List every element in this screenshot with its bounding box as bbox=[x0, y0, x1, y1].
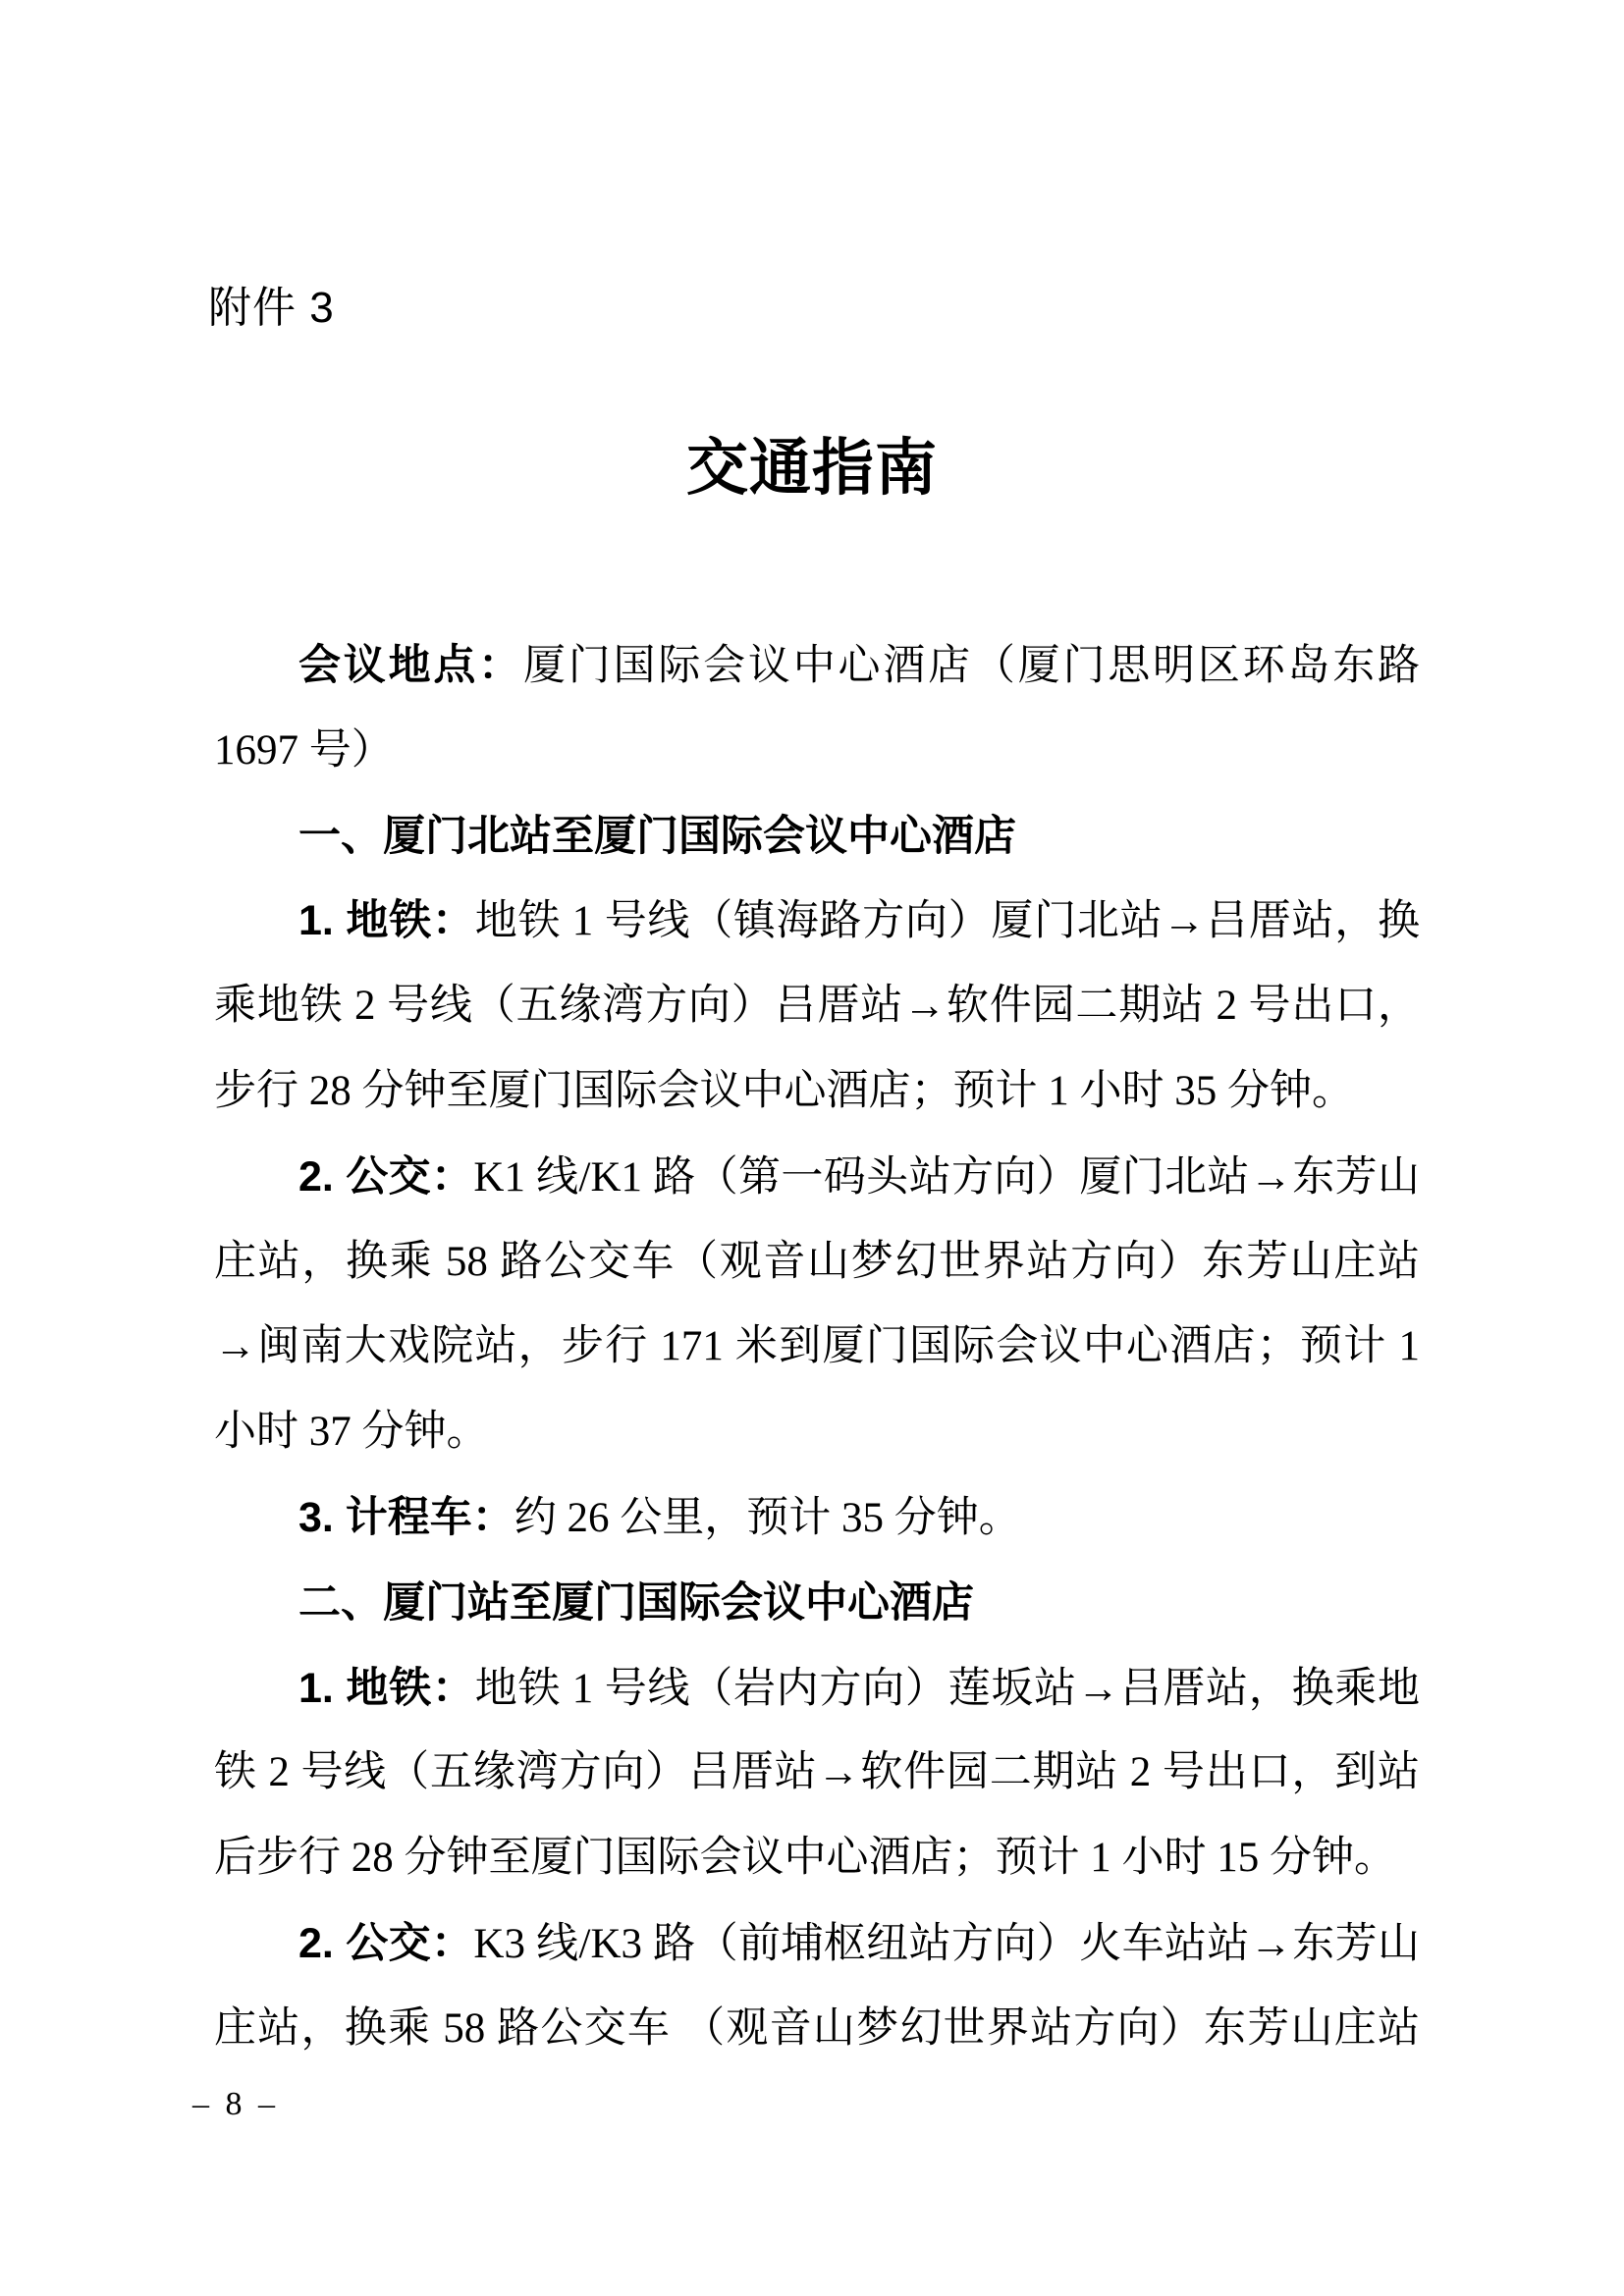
bold-lead-label: 一、厦门北站至厦门国际会议中心酒店 bbox=[298, 813, 1016, 860]
line-text: 1697 号） bbox=[214, 727, 394, 774]
line-text: 地铁 1 号线（岩内方向）莲坂站→吕厝站，换乘地 bbox=[475, 1666, 1420, 1712]
page-title: 交通指南 bbox=[0, 436, 1624, 501]
line-text: 小时 37 分钟。 bbox=[214, 1409, 489, 1455]
bold-lead-label: 2. 公交： bbox=[298, 1153, 473, 1201]
document-page: 附件 3 交通指南 会议地点：厦门国际会议中心酒店（厦门思明区环岛东路1697 … bbox=[0, 0, 1624, 2296]
text-line: 小时 37 分钟。 bbox=[214, 1390, 1420, 1475]
text-line: 3. 计程车：约 26 公里，预计 35 分钟。 bbox=[214, 1475, 1420, 1561]
text-line: 乘地铁 2 号线（五缘湾方向）吕厝站→软件园二期站 2 号出口， bbox=[214, 964, 1420, 1049]
bold-lead-label: 1. 地铁： bbox=[298, 1665, 475, 1712]
section-heading-line: 二、厦门站至厦门国际会议中心酒店 bbox=[214, 1561, 1420, 1646]
line-text: 厦门国际会议中心酒店（厦门思明区环岛东路 bbox=[523, 643, 1420, 689]
text-line: 2. 公交：K3 线/K3 路（前埔枢纽站方向）火车站站→东芳山 bbox=[214, 1901, 1420, 1987]
document-body: 会议地点：厦门国际会议中心酒店（厦门思明区环岛东路1697 号）一、厦门北站至厦… bbox=[214, 623, 1420, 2072]
text-line: 2. 公交：K1 线/K1 路（第一码头站方向）厦门北站→东芳山 bbox=[214, 1135, 1420, 1220]
text-line: 会议地点：厦门国际会议中心酒店（厦门思明区环岛东路 bbox=[214, 623, 1420, 709]
line-text: K1 线/K1 路（第一码头站方向）厦门北站→东芳山 bbox=[473, 1154, 1420, 1201]
text-line: →闽南大戏院站，步行 171 米到厦门国际会议中心酒店；预计 1 bbox=[214, 1305, 1420, 1390]
line-text: 约 26 公里，预计 35 分钟。 bbox=[514, 1495, 1021, 1541]
line-text: 铁 2 号线（五缘湾方向）吕厝站→软件园二期站 2 号出口，到站 bbox=[214, 1749, 1420, 1795]
text-line: 后步行 28 分钟至厦门国际会议中心酒店；预计 1 小时 15 分钟。 bbox=[214, 1816, 1420, 1901]
page-number: – 8 – bbox=[192, 2085, 279, 2124]
bold-lead-label: 2. 公交： bbox=[298, 1920, 473, 1967]
line-text: 步行 28 分钟至厦门国际会议中心酒店；预计 1 小时 35 分钟。 bbox=[214, 1068, 1354, 1114]
line-text: 地铁 1 号线（镇海路方向）厦门北站→吕厝站，换 bbox=[475, 898, 1420, 944]
text-line: 庄站，换乘 58 路公交车（观音山梦幻世界站方向）东芳山庄站 bbox=[214, 1220, 1420, 1306]
text-line: 1. 地铁：地铁 1 号线（岩内方向）莲坂站→吕厝站，换乘地 bbox=[214, 1646, 1420, 1732]
text-line: 步行 28 分钟至厦门国际会议中心酒店；预计 1 小时 35 分钟。 bbox=[214, 1049, 1420, 1135]
line-text: 庄站，换乘 58 路公交车（观音山梦幻世界站方向）东芳山庄站 bbox=[214, 1239, 1420, 1285]
text-line: 铁 2 号线（五缘湾方向）吕厝站→软件园二期站 2 号出口，到站 bbox=[214, 1731, 1420, 1816]
text-line: 1697 号） bbox=[214, 709, 1420, 794]
text-line: 庄站，换乘 58 路公交车 （观音山梦幻世界站方向）东芳山庄站 bbox=[214, 1987, 1420, 2072]
line-text: K3 线/K3 路（前埔枢纽站方向）火车站站→东芳山 bbox=[473, 1921, 1420, 1967]
line-text: →闽南大戏院站，步行 171 米到厦门国际会议中心酒店；预计 1 bbox=[214, 1323, 1420, 1369]
bold-lead-label: 二、厦门站至厦门国际会议中心酒店 bbox=[298, 1579, 974, 1627]
text-line: 1. 地铁：地铁 1 号线（镇海路方向）厦门北站→吕厝站，换 bbox=[214, 879, 1420, 964]
attachment-label: 附件 3 bbox=[208, 285, 335, 332]
bold-lead-label: 会议地点： bbox=[298, 642, 523, 689]
bold-lead-label: 1. 地铁： bbox=[298, 897, 475, 944]
section-heading-line: 一、厦门北站至厦门国际会议中心酒店 bbox=[214, 794, 1420, 880]
line-text: 后步行 28 分钟至厦门国际会议中心酒店；预计 1 小时 15 分钟。 bbox=[214, 1835, 1396, 1881]
bold-lead-label: 3. 计程车： bbox=[298, 1494, 514, 1541]
line-text: 庄站，换乘 58 路公交车 （观音山梦幻世界站方向）东芳山庄站 bbox=[214, 2005, 1420, 2052]
line-text: 乘地铁 2 号线（五缘湾方向）吕厝站→软件园二期站 2 号出口， bbox=[214, 983, 1420, 1029]
